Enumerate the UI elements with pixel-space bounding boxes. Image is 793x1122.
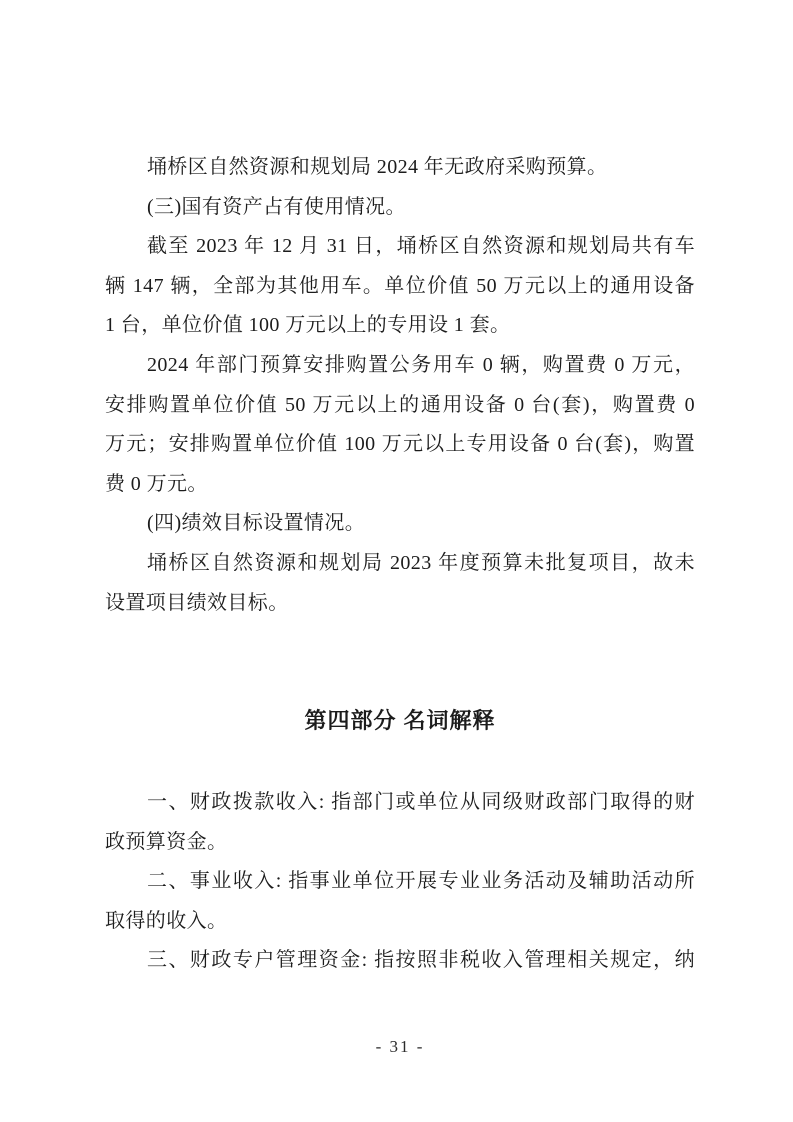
text-line: 1 台，单位价值 100 万元以上的专用设 1 套。: [105, 306, 695, 346]
text-line: 埇桥区自然资源和规划局 2023 年度预算未批复项目，故未: [105, 544, 695, 584]
text-line: 截至 2023 年 12 月 31 日，埇桥区自然资源和规划局共有车: [105, 227, 695, 267]
page-number: - 31 -: [105, 1034, 695, 1060]
section-title: 第四部分 名词解释: [105, 701, 695, 741]
asset-usage-section: 埇桥区自然资源和规划局 2024 年无政府采购预算。 (三)国有资产占有使用情况…: [105, 148, 695, 623]
text-line: 辆 147 辆，全部为其他用车。单位价值 50 万元以上的通用设备: [105, 267, 695, 307]
text-line: 二、事业收入: 指事业单位开展专业业务活动及辅助活动所: [105, 862, 695, 902]
text-line: 设置项目绩效目标。: [105, 584, 695, 624]
document-page: 埇桥区自然资源和规划局 2024 年无政府采购预算。 (三)国有资产占有使用情况…: [0, 0, 793, 1122]
text-line: 费 0 万元。: [105, 465, 695, 505]
text-line: (三)国有资产占有使用情况。: [105, 188, 695, 228]
glossary-section: 一、财政拨款收入: 指部门或单位从同级财政部门取得的财 政预算资金。 二、事业收…: [105, 783, 695, 981]
text-line: 埇桥区自然资源和规划局 2024 年无政府采购预算。: [105, 148, 695, 188]
text-line: 取得的收入。: [105, 902, 695, 942]
text-line: 安排购置单位价值 50 万元以上的通用设备 0 台(套)，购置费 0: [105, 386, 695, 426]
text-line: 政预算资金。: [105, 823, 695, 863]
text-line: 2024 年部门预算安排购置公务用车 0 辆，购置费 0 万元，: [105, 346, 695, 386]
text-line: 一、财政拨款收入: 指部门或单位从同级财政部门取得的财: [105, 783, 695, 823]
text-line: 三、财政专户管理资金: 指按照非税收入管理相关规定，纳: [105, 941, 695, 981]
text-line: (四)绩效目标设置情况。: [105, 504, 695, 544]
text-line: 万元；安排购置单位价值 100 万元以上专用设备 0 台(套)，购置: [105, 425, 695, 465]
